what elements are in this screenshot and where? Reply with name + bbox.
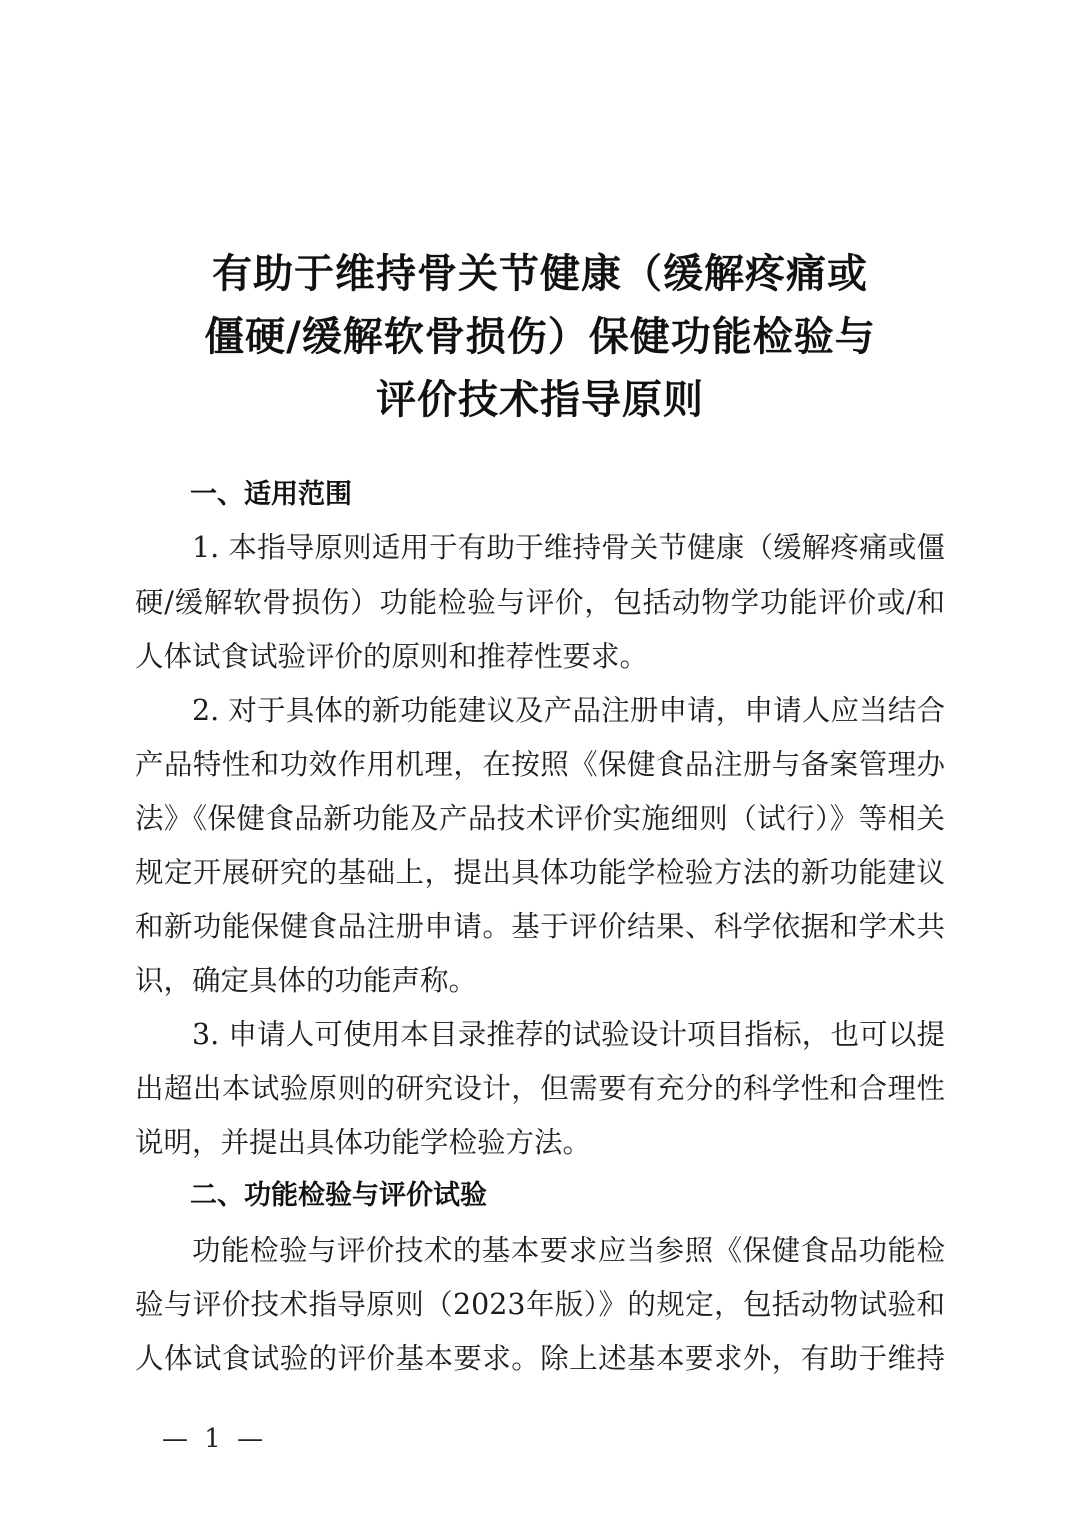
paragraph-1-line-1: 1. 本指导原则适用于有助于维持骨关节健康（缓解疼痛或僵 [192,530,945,566]
section-heading-scope: 一、适用范围 [190,477,352,513]
paragraph-1-line-3: 人体试食试验评价的原则和推荐性要求。 [135,639,945,675]
paragraph-3-line-2: 出超出本试验原则的研究设计，但需要有充分的科学性和合理性 [135,1071,945,1107]
paragraph-2-line-5: 和新功能保健食品注册申请。基于评价结果、科学依据和学术共 [135,909,945,945]
paragraph-4-line-1: 功能检验与评价技术的基本要求应当参照《保健食品功能检 [192,1233,945,1269]
paragraph-1-line-2: 硬/缓解软骨损伤）功能检验与评价，包括动物学功能评价或/和 [135,585,945,621]
paragraph-3-line-1: 3. 申请人可使用本目录推荐的试验设计项目指标，也可以提 [192,1017,945,1053]
paragraph-2-line-3: 法》《保健食品新功能及产品技术评价实施细则（试行）》等相关 [135,801,945,837]
paragraph-3-line-3: 说明，并提出具体功能学检验方法。 [135,1125,945,1161]
paragraph-2-line-1: 2. 对于具体的新功能建议及产品注册申请，申请人应当结合 [192,693,945,729]
paragraph-4-line-2: 验与评价技术指导原则（2023年版）》的规定，包括动物试验和 [135,1287,945,1323]
paragraph-2-line-6: 识，确定具体的功能声称。 [135,963,945,999]
document-title-line-3: 评价技术指导原则 [0,376,1080,424]
paragraph-4-line-3: 人体试食试验的评价基本要求。除上述基本要求外，有助于维持 [135,1341,945,1377]
document-title-line-1: 有助于维持骨关节健康（缓解疼痛或 [0,250,1080,298]
page-number: — 1 — [162,1423,267,1455]
paragraph-2-line-2: 产品特性和功效作用机理，在按照《保健食品注册与备案管理办 [135,747,945,783]
paragraph-2-line-4: 规定开展研究的基础上，提出具体功能学检验方法的新功能建议 [135,855,945,891]
section-heading-function-tests: 二、功能检验与评价试验 [190,1178,487,1214]
document-title-line-2: 僵硬/缓解软骨损伤）保健功能检验与 [0,313,1080,361]
